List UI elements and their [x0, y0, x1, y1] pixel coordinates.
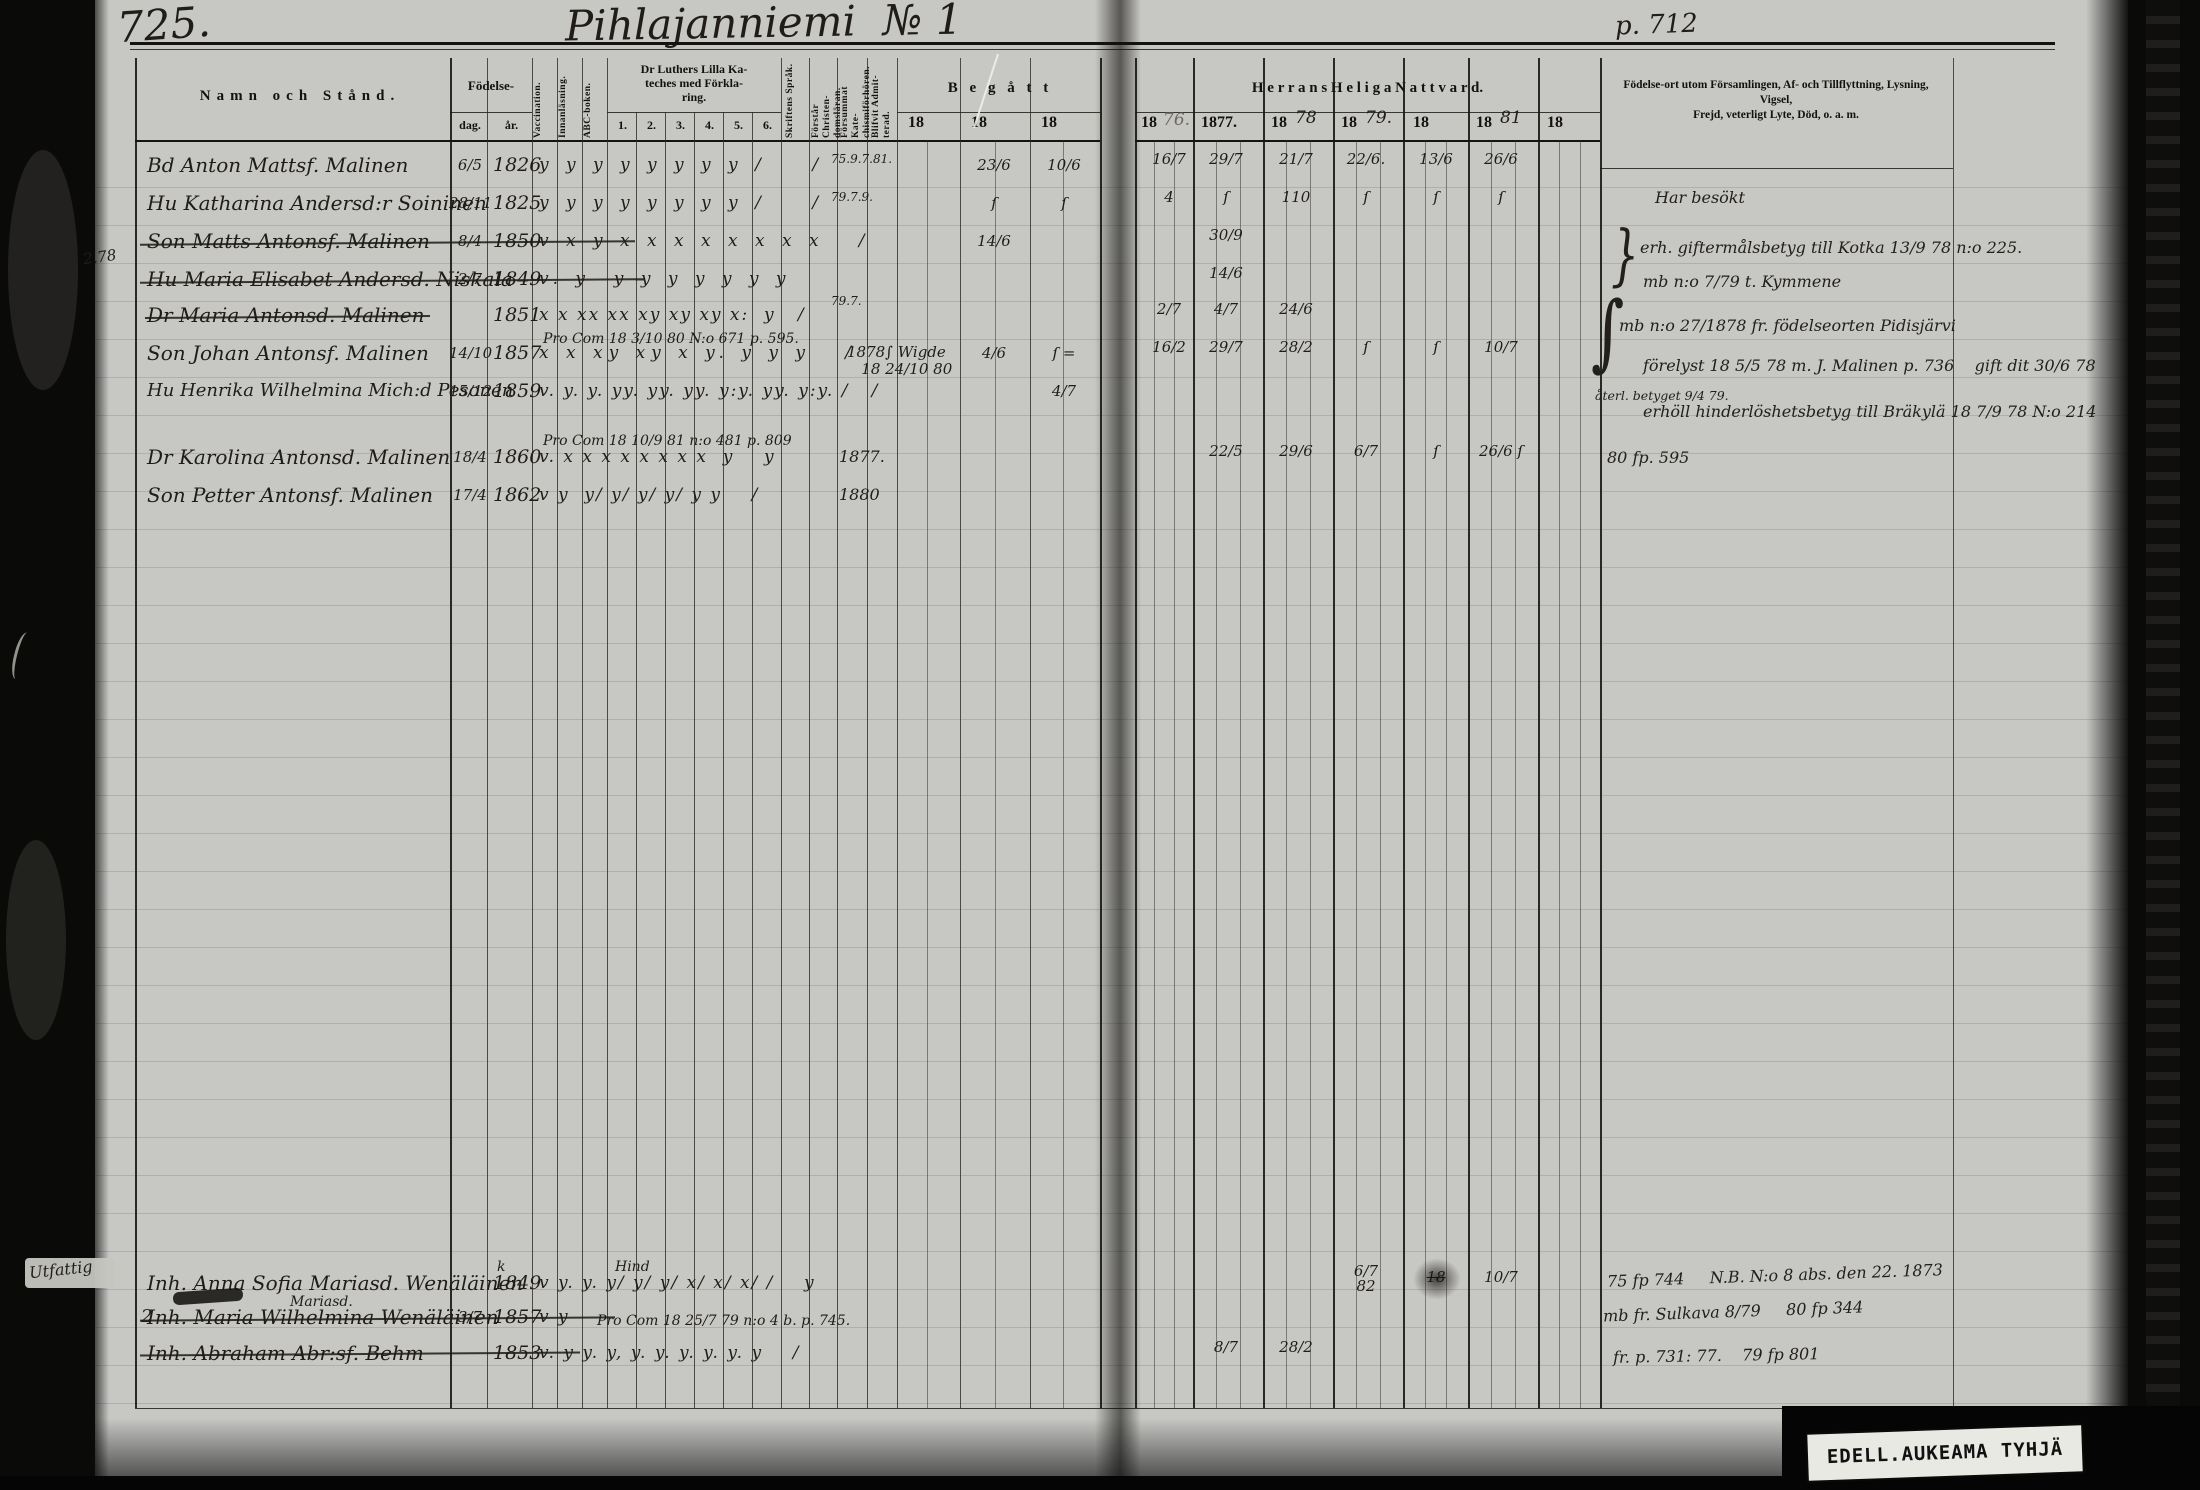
- nattvard-year-1878-printed: 18: [1271, 114, 1287, 132]
- communion-entry: 29/7: [1195, 152, 1257, 167]
- birth-year: 1859: [493, 374, 541, 408]
- nattvard-year-1881-hand: 81: [1500, 108, 1522, 128]
- grid-line: [960, 58, 961, 1408]
- person-name: Inh. Abraham Abr:sf. Behm: [147, 1336, 424, 1370]
- title-rule: [130, 42, 2055, 45]
- column-header-catechism-2: teches med Förkla-: [609, 76, 779, 90]
- grid-line: [897, 112, 1100, 113]
- reading-marks: v. y y y y y y y y: [539, 262, 791, 296]
- column-header-admitted: Blifvit Admit- terad.: [871, 60, 897, 138]
- catechism-part-1: 1.: [609, 118, 636, 133]
- page-edge-shadow: [2086, 0, 2130, 1490]
- nattvard-year-1880-printed: 18: [1413, 114, 1429, 132]
- birth-year: 1860: [493, 440, 541, 474]
- column-header-reading: Innanläsning.: [558, 60, 584, 138]
- title-rule-thin: [130, 49, 2055, 50]
- birth-day: 3/7: [449, 1300, 491, 1334]
- catechism-part-4: 4.: [696, 118, 723, 133]
- communion-entry: 4: [1138, 190, 1200, 205]
- person-name: Dr Maria Antonsd. Malinen: [147, 298, 424, 332]
- communion-entry: 22/5: [1195, 444, 1257, 459]
- section-header-nattvard: H e r r a n s H e l i g a N a t t v a r …: [1135, 80, 1600, 97]
- page-number-right: p. 712: [1615, 9, 1699, 42]
- communion-entry: 28/2: [1265, 340, 1327, 355]
- note-returned-certificate: återl. betyget 9/4 79.: [1595, 388, 1729, 403]
- person-name: Inh. Maria Wilhelmina Wenäläinen: [147, 1300, 499, 1334]
- nattvard-year-1881-printed: 18: [1476, 114, 1492, 132]
- reading-marks: y y y y y y y y / /: [539, 186, 824, 220]
- grid-line: [1030, 58, 1031, 1408]
- column-header-scripture: Skriftens Språk.: [785, 60, 811, 138]
- birth-year: 1857: [493, 336, 541, 370]
- communion-entry: ſ: [1405, 444, 1467, 459]
- grid-line: [450, 112, 532, 113]
- grid-line: [781, 58, 782, 1408]
- catechism-part-6: 6.: [754, 118, 781, 133]
- communion-entry: 10/7: [1470, 1270, 1532, 1285]
- communion-entry: 4/7: [1195, 302, 1257, 317]
- register-page: 725. Pihlajanniemi № 1 p. 712: [95, 0, 2135, 1490]
- communion-entry: 10/7: [1470, 340, 1532, 355]
- missed-exam-note: 79.7.9.: [831, 180, 873, 214]
- marriage-note: 1878∫ Wigde 18 24/10 80: [847, 344, 952, 378]
- nattvard-year-7-printed: 18: [1547, 114, 1563, 132]
- birth-year: 1857: [493, 1300, 541, 1334]
- communion-entry: 13/6: [1405, 152, 1467, 167]
- communion-entry: ſ: [1470, 190, 1532, 205]
- note-birthplace: mb n:o 27/1878 fr. födelseorten Pidisjär…: [1619, 316, 1956, 335]
- grid-line: [809, 58, 810, 1408]
- hinder-note: Hind: [615, 1250, 650, 1284]
- table-bottom-rule: [135, 1408, 1953, 1409]
- pro-com-note: Pro Com 18 25/7 79 n:o 4 b. p. 745.: [597, 1304, 850, 1338]
- grid-line: [1468, 58, 1470, 1408]
- grid-line: [1263, 58, 1265, 1408]
- grid-line: [487, 58, 488, 1408]
- catechism-part-2: 2.: [638, 118, 665, 133]
- table-right-line: [1953, 58, 1954, 1408]
- grid-line: [582, 58, 583, 1408]
- notes-column-header-line2: Frejd, veterligt Lyte, Död, o. a. m.: [1610, 108, 1942, 123]
- bottom-note-3: fr. p. 731: 77. 79 fp 801: [1613, 1344, 1820, 1367]
- nattvard-year-1876-hand: 76.: [1163, 110, 1190, 130]
- communion-entry: 28/2: [1265, 1340, 1327, 1355]
- birth-day: 8/4: [449, 224, 491, 258]
- birth-year: 1849: [493, 262, 541, 296]
- birth-year: 1850: [493, 224, 541, 258]
- section-header-begatt: B e g å t t: [900, 80, 1100, 97]
- birth-day: 6/5: [449, 148, 491, 182]
- note-brace: }: [1611, 217, 1639, 294]
- communion-entry: 8/7: [1195, 1340, 1257, 1355]
- reading-marks: y y y y y y y y / /: [539, 148, 824, 182]
- ink-blot: [1413, 1258, 1461, 1300]
- communion-entry: 16/7: [1138, 152, 1200, 167]
- communion-entry: 26/6: [1470, 152, 1532, 167]
- nattvard-year-1879-hand: 79.: [1365, 108, 1392, 128]
- begatt-entry: 23/6: [964, 148, 1024, 182]
- person-name: Son Johan Antonsf. Malinen: [147, 336, 429, 370]
- communion-entry: ſ: [1335, 190, 1397, 205]
- communion-entry: 29/6: [1265, 444, 1327, 459]
- film-edge-texture: [2146, 0, 2180, 1490]
- birth-day: 14/10: [449, 336, 491, 370]
- catechism-part-5: 5.: [725, 118, 752, 133]
- grid-line: [532, 58, 533, 1408]
- begatt-entry: 4/7: [1034, 374, 1094, 408]
- reading-marks: v. y. y. yy. yy. yy. y:y. yy. y:y. / /: [539, 374, 879, 408]
- column-header-name: Namn och Stånd.: [150, 88, 450, 105]
- communion-entry: 2/7: [1138, 302, 1200, 317]
- grid-line: [1333, 58, 1335, 1408]
- begatt-entry: 10/6: [1034, 148, 1094, 182]
- header-bottom-rule: [1135, 140, 1600, 142]
- birth-year: 1862: [493, 478, 541, 512]
- column-header-understands: Förstår Christen- domsläran.: [811, 60, 837, 138]
- grid-line: [450, 58, 452, 1408]
- reading-marks: x x xy xy x y. y y y /: [539, 336, 857, 370]
- reading-marks: v y. y. y/ y/ y/ x/ x/ x/ / y: [539, 1266, 816, 1300]
- person-name: Son Petter Antonsf. Malinen: [147, 478, 433, 512]
- grid-line: [135, 58, 137, 1408]
- communion-entry: 24/6: [1265, 302, 1327, 317]
- person-name: Bd Anton Mattsf. Malinen: [147, 148, 408, 182]
- grid-line: [607, 58, 608, 1408]
- reading-marks: v y: [539, 1300, 570, 1334]
- scan-smudge: [6, 840, 66, 1040]
- grid-line: [557, 58, 558, 1408]
- row-prefix-number: 2: [141, 1306, 152, 1327]
- birth-day: 18/4: [449, 440, 491, 474]
- note-impediment-certificate: erhöll hinderlöshetsbetyg till Bräkylä 1…: [1643, 402, 2096, 421]
- birth-day: 28/11: [449, 186, 491, 220]
- begatt-entry: ſ: [964, 186, 1024, 220]
- communion-entry: 6/7 82: [1335, 1264, 1397, 1294]
- grid-line: [1538, 58, 1540, 1408]
- communion-entry: 6/7: [1335, 444, 1397, 459]
- admitted-year: 1877.: [839, 440, 885, 474]
- nattvard-year-1878-hand: 78: [1295, 108, 1317, 128]
- missed-exam-note: 79.7.: [831, 284, 862, 318]
- communion-entry: 29/7: [1195, 340, 1257, 355]
- header-bottom-rule: [135, 140, 1100, 142]
- note-moved-kymmene: mb n:o 7/79 t. Kymmene: [1643, 272, 1841, 291]
- communion-entry: 30/9: [1195, 228, 1257, 243]
- column-header-catechism-3: ring.: [609, 90, 779, 104]
- communion-entry: 16/2: [1138, 340, 1200, 355]
- column-header-birth: Födelse-: [450, 78, 532, 94]
- note-banns-marriage: förelyst 18 5/5 78 m. J. Malinen p. 736 …: [1643, 356, 2096, 375]
- begatt-entry: 4/6: [964, 336, 1024, 370]
- margin-mark: k: [497, 1250, 505, 1284]
- person-name: Hu Katharina Andersd:r Soininen: [147, 186, 487, 220]
- communion-entry: 22/6.: [1335, 152, 1397, 167]
- note-marriage-certificate: erh. giftermålsbetyg till Kotka 13/9 78 …: [1640, 238, 2022, 257]
- column-header-missed-exams: Försummat Kate- chismiförhören.: [840, 60, 866, 138]
- column-header-catechism-1: Dr Luthers Lilla Ka-: [609, 62, 779, 76]
- grid-line: [897, 58, 898, 1408]
- birth-day: 15/12: [449, 374, 491, 408]
- begatt-entry: ſ =: [1034, 336, 1094, 370]
- note-page-ref: 80 fp. 595: [1607, 448, 1689, 467]
- person-name: Son Matts Antonsf. Malinen: [147, 224, 430, 258]
- page-fold-shadow: [1095, 0, 1141, 1490]
- communion-entry: 21/7: [1265, 152, 1327, 167]
- begatt-entry: 14/6: [964, 224, 1024, 258]
- grid-line: [837, 58, 838, 1408]
- birth-year: 1826: [493, 148, 541, 182]
- reading-marks: v y y/ y/ y/ y/ y y /: [539, 478, 759, 512]
- birth-year: 1853: [493, 1336, 541, 1370]
- communion-entry: ſ: [1405, 190, 1467, 205]
- nattvard-year-1877: 1877.: [1201, 114, 1237, 132]
- reading-marks: v x y x x x x x x x x /: [539, 224, 870, 258]
- communion-entry: 110: [1265, 190, 1327, 205]
- person-name: Dr Karolina Antonsd. Malinen: [147, 440, 450, 474]
- scanned-parish-register: 725. Pihlajanniemi № 1 p. 712: [0, 0, 2200, 1490]
- birth-day: 17/4: [449, 478, 491, 512]
- pro-com-note: Pro Com 18 10/9 81 n:o 481 p. 809: [543, 424, 792, 458]
- communion-entry: 14/6: [1195, 266, 1257, 281]
- subheader-year: år.: [491, 118, 532, 133]
- column-header-abc-book: ABC-boken.: [583, 60, 609, 138]
- subheader-day: dag.: [450, 118, 490, 133]
- catechism-part-3: 3.: [667, 118, 694, 133]
- grid-line: [1403, 58, 1405, 1408]
- grid-line: [1193, 58, 1195, 1408]
- scan-smudge: [8, 150, 78, 390]
- admitted-year: 1880: [839, 478, 880, 512]
- communion-entry: 26/6 ſ: [1470, 444, 1532, 459]
- notes-column-header-line1: Födelse-ort utom Församlingen, Af- och T…: [1610, 78, 1942, 108]
- communion-entry: ſ: [1405, 340, 1467, 355]
- nattvard-year-1879-printed: 18: [1341, 114, 1357, 132]
- notes-column-line: [1600, 58, 1602, 1408]
- birth-day: 2/7: [449, 262, 491, 296]
- communion-entry: ſ: [1195, 190, 1257, 205]
- begatt-entry: ſ: [1034, 186, 1094, 220]
- birth-year: 1851: [493, 298, 541, 332]
- column-header-vaccination: Vaccination.: [533, 60, 559, 138]
- missed-exam-note: 75.9.7.81.: [831, 142, 892, 176]
- reading-marks: v. y y. y, y. y. y. y. y. y /: [539, 1336, 800, 1370]
- nattvard-year-1876-printed: 18: [1141, 114, 1157, 132]
- archive-stamp-label: EDELL.AUKEAMA TYHJÄ: [1827, 1438, 2064, 1468]
- note-har-besokt: Har besökt: [1655, 188, 1745, 207]
- communion-entry: ſ: [1335, 340, 1397, 355]
- grid-line: [867, 58, 868, 1408]
- begatt-year-1: 18: [900, 114, 965, 132]
- archive-stamp: EDELL.AUKEAMA TYHJÄ: [1807, 1425, 2082, 1481]
